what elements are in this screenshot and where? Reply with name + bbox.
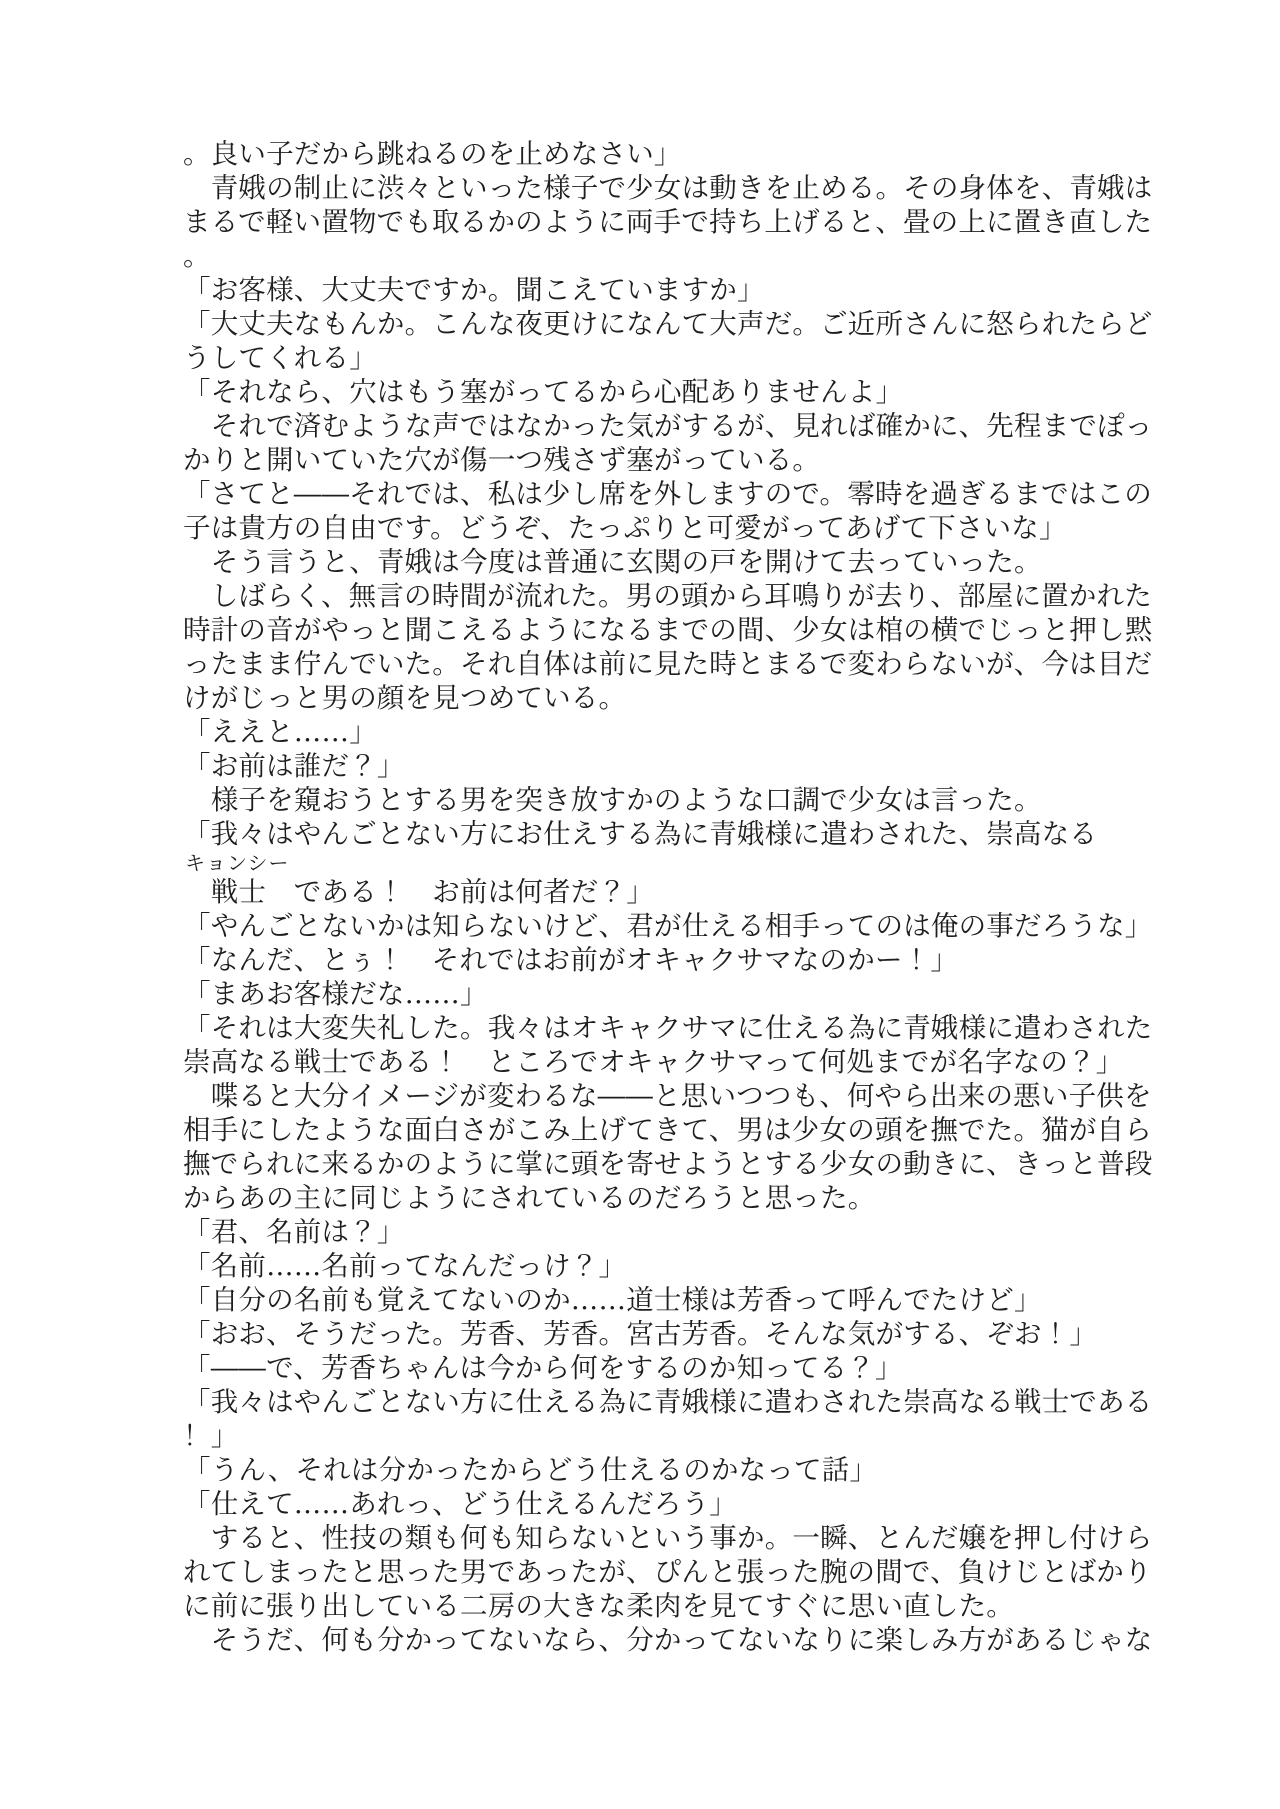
text-line: 戦士 である！ お前は何者だ？」 [183,875,1173,909]
text-line: 「なんだ、とぅ！ それではお前がオキャクサマなのかー！」 [183,943,1173,977]
text-line: 「我々はやんごとない方に仕える為に青娥様に遣わされた崇高なる戦士である [183,1385,1173,1419]
text-line: 「名前……名前ってなんだっけ？」 [183,1249,1173,1283]
text-line: かりと開いていた穴が傷一つ残さず塞がっている。 [183,443,1173,477]
text-line: 「お客様、大丈夫ですか。聞こえていますか」 [183,273,1173,307]
text-line: 「それは大変失礼した。我々はオキャクサマに仕える為に青娥様に遣わされた [183,1011,1173,1045]
text-line: すると、性技の類も何も知らないという事か。一瞬、とんだ嬢を押し付けら [183,1521,1173,1555]
text-line: 撫でられに来るかのように掌に頭を寄せようとする少女の動きに、きっと普段 [183,1147,1173,1181]
text-line: 「おお、そうだった。芳香、芳香。宮古芳香。そんな気がする、ぞお！」 [183,1317,1173,1351]
text-line: まるで軽い置物でも取るかのように両手で持ち上げると、畳の上に置き直した [183,205,1173,239]
text-line: 子は貴方の自由です。どうぞ、たっぷりと可愛がってあげて下さいな」 [183,511,1173,545]
text-line: そうだ、何も分かってないなら、分かってないなりに楽しみ方があるじゃな [183,1623,1173,1657]
text-line: れてしまったと思った男であったが、ぴんと張った腕の間で、負けじとばかり [183,1555,1173,1589]
text-line: 相手にしたような面白さがこみ上げてきて、男は少女の頭を撫でた。猫が自ら [183,1113,1173,1147]
text-line: そう言うと、青娥は今度は普通に玄関の戸を開けて去っていった。 [183,545,1173,579]
text-line: けがじっと男の顔を見つめている。 [183,681,1173,715]
text-line: それで済むような声ではなかった気がするが、見れば確かに、先程までぽっ [183,409,1173,443]
text-line: 「まあお客様だな……」 [183,977,1173,1011]
text-line: 「それなら、穴はもう塞がってるから心配ありませんよ」 [183,375,1173,409]
text-line: 「やんごとないかは知らないけど、君が仕える相手ってのは俺の事だろうな」 [183,909,1173,943]
text-line: ！」 [183,1419,1173,1453]
text-line: 「君、名前は？」 [183,1215,1173,1249]
document-page: 。良い子だから跳ねるのを止めなさい」 青娥の制止に渋々といった様子で少女は動きを… [0,0,1280,1809]
text-line: うしてくれる」 [183,341,1173,375]
text-line: しばらく、無言の時間が流れた。男の頭から耳鳴りが去り、部屋に置かれた [183,579,1173,613]
story-text-block: 。良い子だから跳ねるのを止めなさい」 青娥の制止に渋々といった様子で少女は動きを… [183,137,1173,1657]
text-line: 「我々はやんごとない方にお仕えする為に青娥様に遣わされた、崇高なる [183,817,1173,851]
text-line: 青娥の制止に渋々といった様子で少女は動きを止める。その身体を、青娥は [183,171,1173,205]
text-line: 「ええと……」 [183,715,1173,749]
text-line: 「大丈夫なもんか。こんな夜更けになんて大声だ。ご近所さんに怒られたらど [183,307,1173,341]
text-line: からあの主に同じようにされているのだろうと思った。 [183,1181,1173,1215]
text-line: 崇高なる戦士である！ ところでオキャクサマって何処までが名字なの？」 [183,1045,1173,1079]
text-line: 「自分の名前も覚えてないのか……道士様は芳香って呼んでたけど」 [183,1283,1173,1317]
text-line: 様子を窺おうとする男を突き放すかのような口調で少女は言った。 [183,783,1173,817]
text-line: 「――で、芳香ちゃんは今から何をするのか知ってる？」 [183,1351,1173,1385]
text-line: 。良い子だから跳ねるのを止めなさい」 [183,137,1173,171]
text-line: 喋ると大分イメージが変わるな――と思いつつも、何やら出来の悪い子供を [183,1079,1173,1113]
text-line: 「さてと――それでは、私は少し席を外しますので。零時を過ぎるまではこの [183,477,1173,511]
text-line: に前に張り出している二房の大きな柔肉を見てすぐに思い直した。 [183,1589,1173,1623]
text-line: 「お前は誰だ？」 [183,749,1173,783]
text-line: 時計の音がやっと聞こえるようになるまでの間、少女は棺の横でじっと押し黙 [183,613,1173,647]
text-line: ったまま佇んでいた。それ自体は前に見た時とまるで変わらないが、今は目だ [183,647,1173,681]
text-line: 。 [183,239,1173,273]
furigana-line: キョンシー [183,851,1173,875]
text-line: 「うん、それは分かったからどう仕えるのかなって話」 [183,1453,1173,1487]
text-line: 「仕えて……あれっ、どう仕えるんだろう」 [183,1487,1173,1521]
